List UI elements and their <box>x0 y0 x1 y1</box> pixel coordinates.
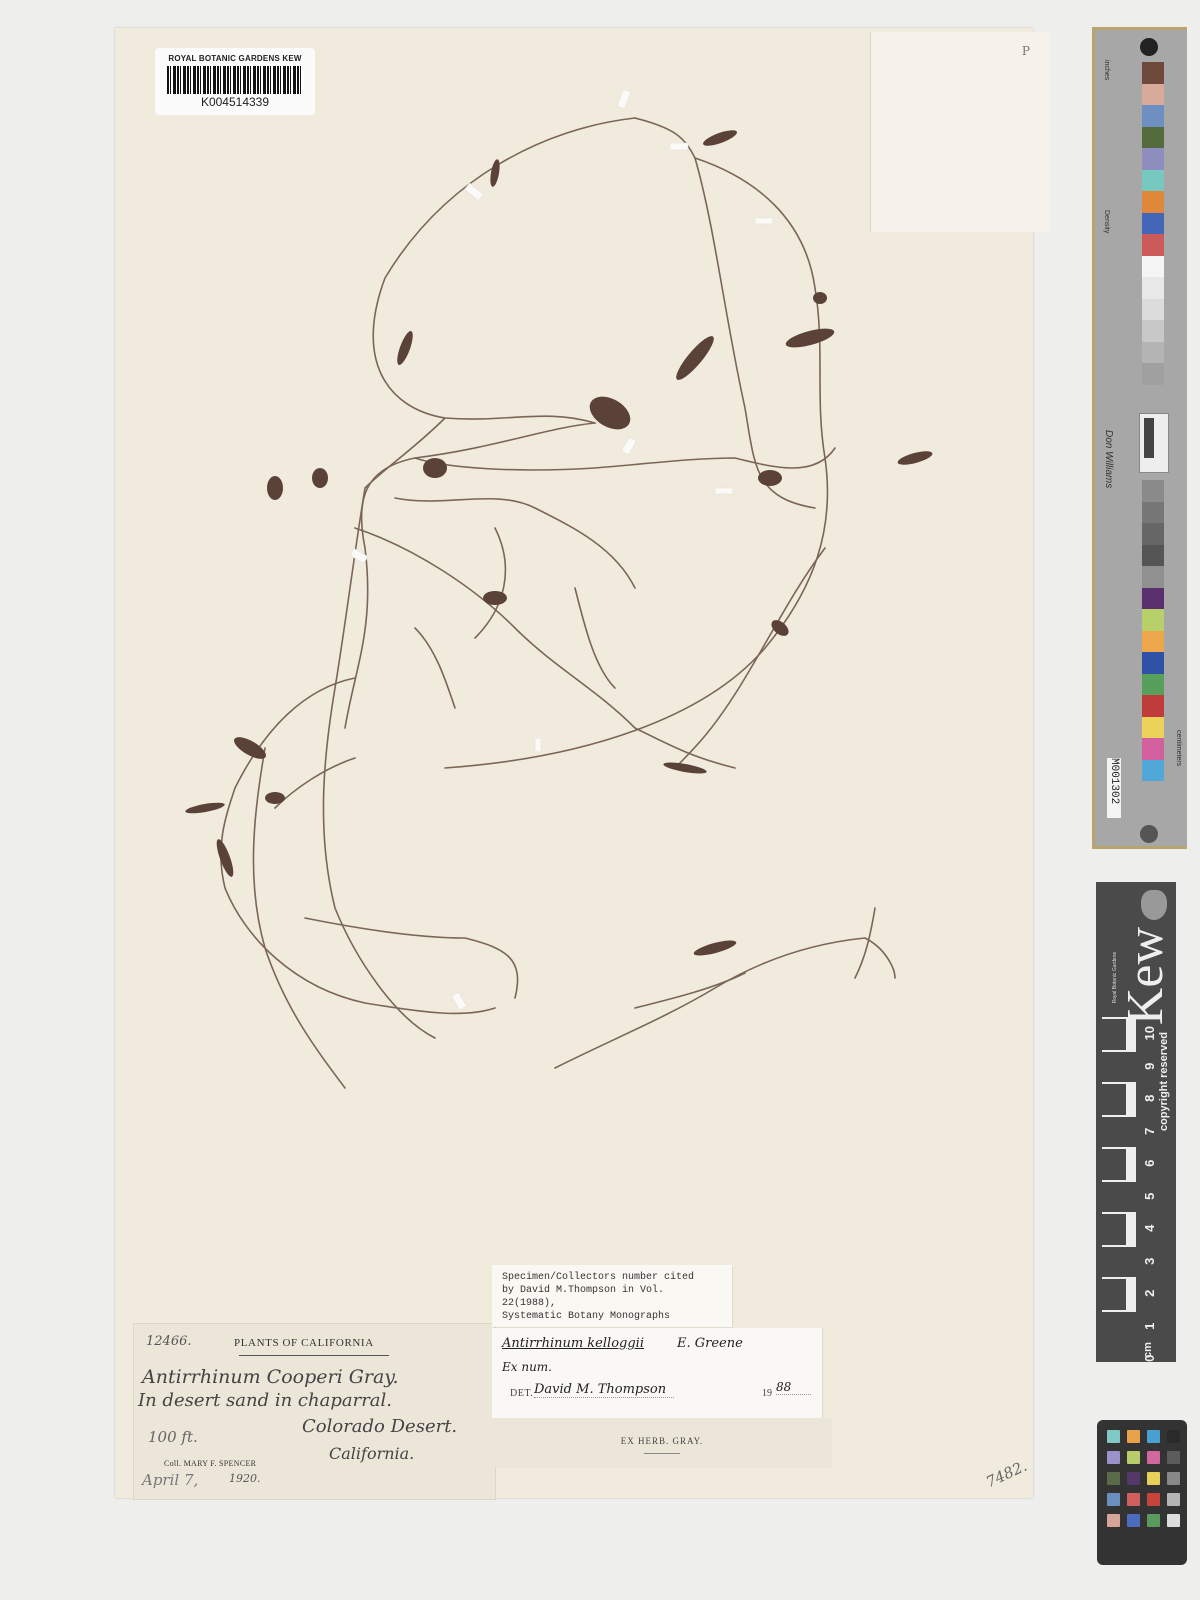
color-swatch <box>1107 1430 1120 1443</box>
copyright-text: copyright reserved <box>1158 1032 1170 1131</box>
centimeters-label: centimeters <box>1175 730 1182 766</box>
color-swatches-top <box>1142 62 1164 385</box>
color-swatch <box>1147 1451 1160 1464</box>
determiner-name: David M. Thompson <box>534 1382 674 1398</box>
herbarium-source-label: EX HERB. GRAY. <box>492 1418 832 1468</box>
color-swatch <box>1107 1493 1120 1506</box>
habitat: In desert sand in chaparral. <box>138 1390 392 1411</box>
determined-taxon: Antirrhinum kelloggii <box>502 1336 644 1351</box>
color-swatch <box>1142 277 1164 299</box>
color-checker-grid <box>1107 1430 1180 1527</box>
color-swatch <box>1142 234 1164 256</box>
color-swatch <box>1142 342 1164 364</box>
color-swatch <box>1142 631 1164 653</box>
color-swatch <box>1142 320 1164 342</box>
color-swatch <box>1142 674 1164 696</box>
color-swatch <box>1142 717 1164 739</box>
citation-line: Systematic Botany Monographs <box>502 1310 722 1323</box>
herbarium-source: EX HERB. GRAY. <box>621 1436 704 1446</box>
density-label: Density <box>1103 210 1110 233</box>
inches-label: inches <box>1103 60 1110 80</box>
color-swatch <box>1127 1430 1140 1443</box>
color-swatch <box>1167 1493 1180 1506</box>
cm-ruler <box>1102 1017 1136 1342</box>
color-swatches-bottom <box>1142 480 1164 781</box>
det-prefix: DET. <box>510 1388 533 1399</box>
color-calibration-bar: inches Density Don Williams centimeters … <box>1092 27 1187 849</box>
label-heading: PLANTS OF CALIFORNIA <box>234 1337 374 1349</box>
collector-name: Coll. MARY F. SPENCER <box>164 1459 256 1468</box>
color-swatch <box>1142 191 1164 213</box>
taxon-author: E. Greene <box>677 1336 743 1351</box>
locality: Colorado Desert. <box>302 1416 457 1437</box>
color-swatch <box>1142 84 1164 106</box>
color-swatch <box>1127 1451 1140 1464</box>
collection-date: April 7, <box>142 1471 198 1489</box>
determination-label: Antirrhinum kelloggii E. Greene Ex num. … <box>492 1328 822 1418</box>
ruler-numbers: 10 9 8 7 6 5 4 3 2 1 0 <box>1140 1017 1158 1375</box>
color-swatch <box>1142 299 1164 321</box>
color-swatch <box>1142 105 1164 127</box>
color-swatch <box>1107 1514 1120 1527</box>
color-swatch <box>1167 1430 1180 1443</box>
kew-scale-bar: Kew Royal Botanic Gardens 10 9 8 7 6 5 4… <box>1096 882 1176 1362</box>
colorbar-id: M001302 <box>1107 758 1121 818</box>
color-swatch <box>1142 738 1164 760</box>
color-swatch <box>1167 1451 1180 1464</box>
color-swatch <box>1142 652 1164 674</box>
source-rule <box>644 1453 680 1454</box>
determination-note: Ex num. <box>502 1360 552 1374</box>
color-swatch <box>1142 148 1164 170</box>
heading-rule <box>239 1355 389 1356</box>
color-swatch <box>1147 1430 1160 1443</box>
color-swatch <box>1127 1493 1140 1506</box>
unit-label: cm <box>1142 1342 1154 1358</box>
color-swatch <box>1142 566 1164 588</box>
color-swatch <box>1107 1472 1120 1485</box>
color-swatch <box>1142 760 1164 782</box>
citation-line: by David M.Thompson in Vol. 22(1988), <box>502 1284 722 1310</box>
color-swatch <box>1142 695 1164 717</box>
color-swatch <box>1142 256 1164 278</box>
registration-dot <box>1140 38 1158 56</box>
kew-logo: Kew <box>1126 927 1166 1025</box>
color-swatch <box>1142 363 1164 385</box>
color-swatch <box>1127 1472 1140 1485</box>
color-swatch <box>1107 1451 1120 1464</box>
pressed-plant-specimen <box>115 28 1035 1128</box>
collector-label: 12466. PLANTS OF CALIFORNIA Antirrhinum … <box>133 1323 496 1500</box>
color-swatch <box>1167 1472 1180 1485</box>
collection-year: 1920. <box>229 1472 261 1485</box>
color-swatch <box>1147 1472 1160 1485</box>
color-swatch <box>1147 1493 1160 1506</box>
taxon-name: Antirrhinum Cooperi Gray. <box>142 1366 399 1388</box>
color-checker-card <box>1097 1420 1187 1565</box>
grey-target <box>1139 413 1169 473</box>
color-swatch <box>1142 502 1164 524</box>
color-swatch <box>1142 588 1164 610</box>
kew-subtitle: Royal Botanic Gardens <box>1112 952 1118 1003</box>
kew-crest-icon <box>1141 890 1167 920</box>
signature: Don Williams <box>1103 430 1114 488</box>
color-swatch <box>1142 127 1164 149</box>
color-swatch <box>1142 170 1164 192</box>
det-year: 88 <box>776 1380 811 1395</box>
registration-dot <box>1140 825 1158 843</box>
det-year-prefix: 19 <box>762 1388 772 1399</box>
collection-number: 12466. <box>146 1334 192 1349</box>
citation-label: Specimen/Collectors number cited by Davi… <box>492 1265 732 1327</box>
color-swatch <box>1142 62 1164 84</box>
color-swatch <box>1142 523 1164 545</box>
color-swatch <box>1142 213 1164 235</box>
color-swatch <box>1167 1514 1180 1527</box>
elevation: 100 ft. <box>148 1428 198 1446</box>
color-swatch <box>1147 1514 1160 1527</box>
color-swatch <box>1127 1514 1140 1527</box>
state: California. <box>329 1444 414 1463</box>
citation-line: Specimen/Collectors number cited <box>502 1271 722 1284</box>
color-swatch <box>1142 545 1164 567</box>
color-swatch <box>1142 480 1164 502</box>
color-swatch <box>1142 609 1164 631</box>
